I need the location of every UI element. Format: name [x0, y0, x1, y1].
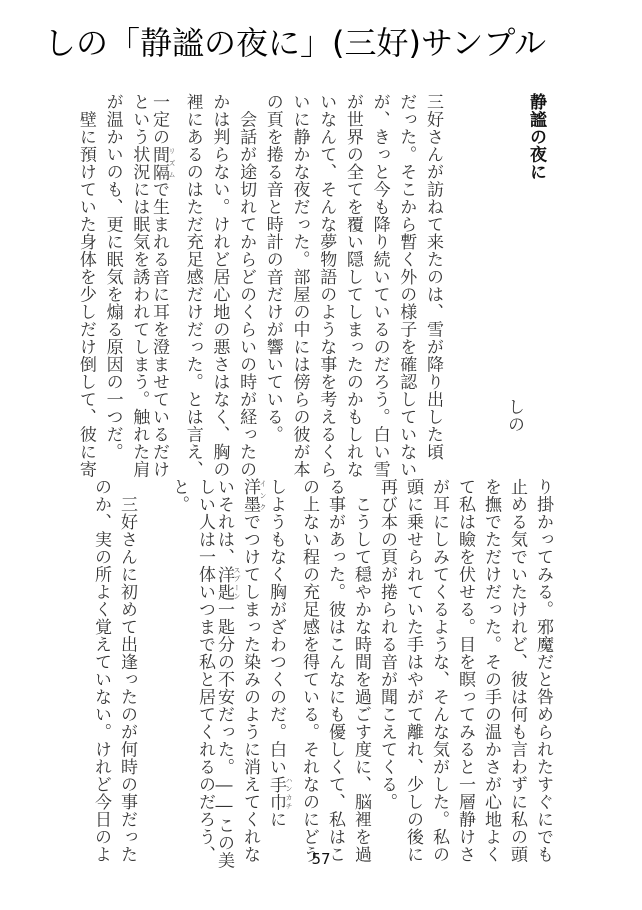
bottom-text-line: 止める気でいたけれど、彼は何も言わずに私の頭 [507, 478, 527, 863]
top-text-line: だった。そこから暫く外の様子を確認していない [396, 93, 416, 478]
top-text-line: かは判らない。けれど居心地の悪さはなく、胸の [209, 93, 229, 478]
story-title: 静謐の夜に [526, 93, 546, 181]
top-text-line: いなんて、そんな夢物語のような事を考えるくら [316, 93, 336, 478]
top-text-line: が世界の全てを覆い隠してしまったのかもしれな [343, 93, 363, 478]
top-text-line: が温かいのも、更に眠気を煽る原因の一つだ。 [103, 93, 123, 461]
bottom-text-line: しようもなく胸がざわつくのだ。白い手巾ハンカチに [273, 478, 293, 828]
bottom-text-line: 頭に乗せられていた手はやがて離れ、少しの後に [403, 478, 423, 863]
bottom-text-line: る事があった。彼はこんなにも優しくて、私はこ [325, 478, 345, 863]
bottom-text-line: 再び本の頁が捲られる音が聞こえてくる。 [377, 478, 397, 811]
ruby-annotation: 手巾ハンカチ [266, 776, 286, 811]
top-text-line: 三好さんが訪ねて来たのは、雪が降り出した頃 [423, 93, 443, 461]
bottom-text-line: と。 [169, 478, 189, 513]
bottom-text-line: て私は瞼を伏せる。目を瞑ってみると一層静けさ [455, 478, 475, 863]
ruby-annotation: 洋墨インク [240, 478, 260, 513]
top-text-line: の頁を捲る音と時計の音だけが響いている。 [263, 93, 283, 443]
bottom-text-line: り掛かってみる。邪魔だと咎められたすぐにでも [533, 478, 553, 863]
top-text-line: いに静かな夜だった。部屋の中には傍らの彼が本 [290, 93, 310, 478]
bottom-text-line: いそれは、洋匙スプーン一匙分の不安だった。――この美 [221, 478, 241, 869]
bottom-text-line: の上ない程の充足感を得ている。それなのにどう [299, 478, 319, 863]
book-page: 静謐の夜に しの 三好さんが訪ねて来たのは、雪が降り出した頃だった。そこから暫く… [0, 0, 642, 910]
bottom-text-line: 三好さんに初めて出逢ったのが何時の事だった [117, 478, 137, 863]
page-number: 57 [0, 850, 642, 868]
ruby-annotation: 洋匙スプーン [214, 566, 234, 601]
top-text-line: 裡にあるのはただ充足感だけだった。とは言え、 [183, 93, 203, 478]
top-text-line: が、きっと今も降り続いているのだろう。白い雪 [370, 93, 390, 478]
bottom-text-line: のか、実の所よく覚えていない。けれど今日のよ [91, 478, 111, 863]
top-text-line: 一定の間隔リズムで生まれる音に耳を澄ませているだけ [156, 93, 176, 478]
bottom-text-line: しい人は一体いつまで私と居てくれるのだろう、 [195, 478, 215, 863]
top-text-line: 会話が途切れてからどのくらいの時が経ったの [236, 93, 256, 478]
bottom-text-line: 洋墨インクでつけてしまった染みのように消えてくれな [247, 478, 267, 863]
author-name: しの [504, 398, 524, 433]
bottom-text-line: が耳にしみてくるような、そんな気がした。私の [429, 478, 449, 863]
top-text-line: 壁に預けていた身体を少しだけ倒して、彼に寄 [76, 93, 96, 478]
ruby-annotation: 間隔リズム [149, 146, 169, 181]
bottom-text-line: を撫でただけだった。その手の温かさが心地よく [481, 478, 501, 863]
bottom-text-line: こうして穏やかな時間を過ごす度に、脳裡を過 [351, 478, 371, 863]
top-text-line: という状況には眠気を誘われてしまう。触れた肩 [129, 93, 149, 478]
